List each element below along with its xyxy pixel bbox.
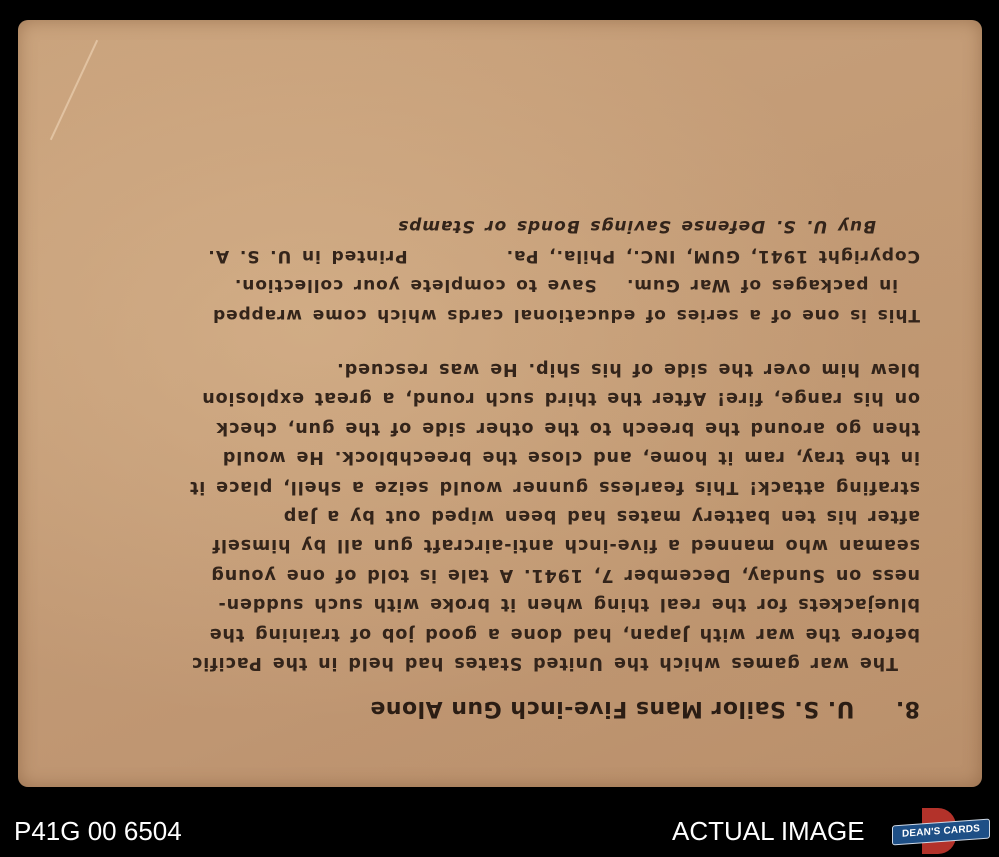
trading-card-back: 8. U. S. Sailor Mans Five-inch Gun Alone…: [18, 20, 982, 787]
story-line: after his ten battery mates had been wip…: [60, 501, 920, 530]
card-number: 8.: [895, 696, 920, 721]
story-line: in the tray, ram it home, and close the …: [60, 442, 920, 471]
logo-banner: DEAN'S CARDS: [892, 819, 990, 846]
card-story: The war games which the United States ha…: [60, 354, 920, 677]
inventory-id: P41G 00 6504: [14, 816, 182, 847]
copyright-line: Copyright 1941, GUM, INC., Phila., Pa. P…: [60, 241, 920, 271]
footer-line: in packages of War Gum. Save to complete…: [60, 270, 920, 300]
actual-image-label: ACTUAL IMAGE: [672, 816, 865, 847]
story-line: on his range, fire! After the third such…: [60, 383, 920, 412]
story-line: bluejackets for the real thing when it b…: [60, 589, 920, 618]
story-line: then go around the breech to the other s…: [60, 412, 920, 441]
card-title: 8. U. S. Sailor Mans Five-inch Gun Alone: [120, 696, 920, 721]
bonds-line: Buy U. S. Defense Savings Bonds or Stamp…: [60, 211, 920, 241]
deans-cards-logo: DEAN'S CARDS: [892, 808, 988, 854]
card-text-rotated: 8. U. S. Sailor Mans Five-inch Gun Alone…: [18, 20, 982, 787]
story-line: The war games which the United States ha…: [60, 648, 920, 677]
story-line: blew him over the side of his ship. He w…: [60, 354, 920, 383]
story-line: ness on Sunday, December 7, 1941. A tale…: [60, 559, 920, 588]
card-title-text: U. S. Sailor Mans Five-inch Gun Alone: [370, 696, 855, 721]
footer-line: This is one of a series of educational c…: [60, 300, 920, 330]
story-line: seaman who manned a five-inch anti-aircr…: [60, 530, 920, 559]
story-line: strafing attack! This fearless gunner wo…: [60, 471, 920, 500]
card-footer: This is one of a series of educational c…: [60, 211, 920, 329]
story-line: before the war with Japan, had done a go…: [60, 618, 920, 647]
